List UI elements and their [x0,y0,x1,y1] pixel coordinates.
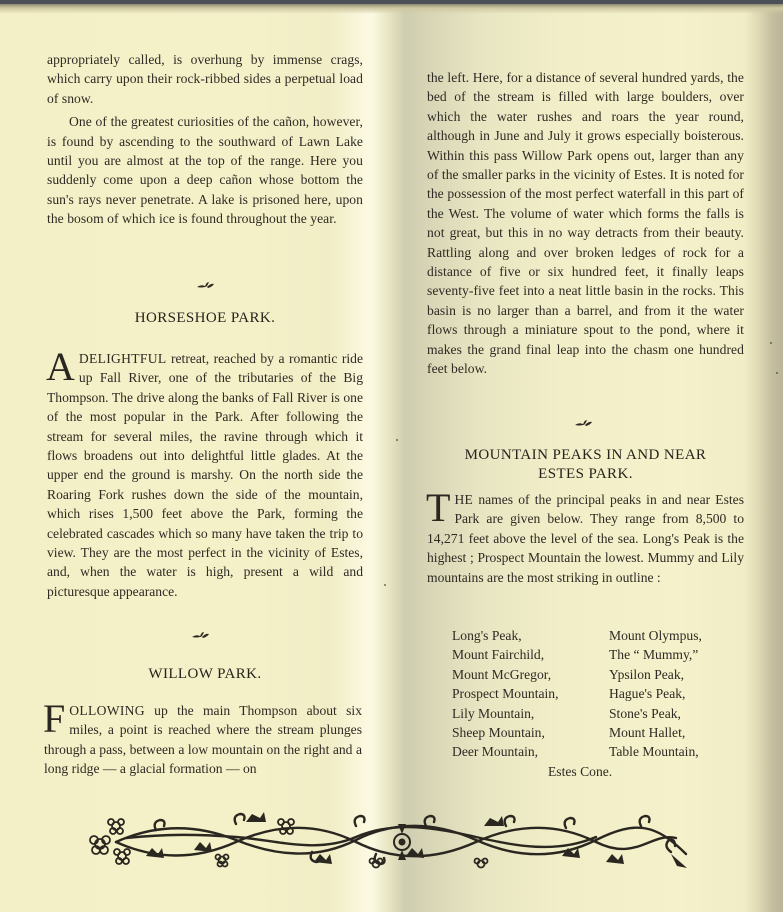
willow-park-title: WILLOW PARK. [47,665,363,684]
canon-paragraph: One of the greatest curiosities of the c… [47,112,363,228]
left-page: appropriately called, is overhung by imm… [0,4,390,912]
left-continuation-paragraph: appropriately called, is overhung by imm… [47,50,363,108]
right-continuation-block: the left. Here, for a distance of severa… [427,68,744,379]
peak-item: The “ Mummy,” [609,645,702,664]
horseshoe-park-paragraph: ADELIGHTFUL retreat, reached by a romant… [47,349,363,601]
lead-word: HE [454,492,473,507]
peak-item: Lily Mountain, [452,704,558,723]
mountain-peaks-paragraph: THE names of the principal peaks in and … [427,490,744,587]
paper-speck [384,584,386,586]
paper-speck [770,342,772,344]
leaf-fleuron-icon [196,280,216,290]
left-continuation-block: appropriately called, is overhung by imm… [47,50,363,229]
peak-item: Sheep Mountain, [452,723,558,742]
willow-park-paragraph: FOLLOWING up the main Thompson about six… [44,701,362,779]
dropcap-letter: T [426,492,450,524]
peak-item: Prospect Mountain, [452,684,558,703]
peak-item: Stone's Peak, [609,704,702,723]
leaf-fleuron-icon [191,630,211,640]
lead-word: OLLOWING [69,703,145,718]
peak-item: Mount McGregor, [452,665,558,684]
mountain-peaks-title: MOUNTAIN PEAKS IN AND NEAR ESTES PARK. [427,446,744,484]
right-continuation-paragraph: the left. Here, for a distance of severa… [427,68,744,379]
peaks-column-b: Mount Olympus, The “ Mummy,” Ypsilon Pea… [609,626,702,762]
peak-item: Mount Hallet, [609,723,702,742]
peak-item-final: Estes Cone. [548,762,612,781]
peak-item: Long's Peak, [452,626,558,645]
peak-item: Table Mountain, [609,742,702,761]
peak-item: Hague's Peak, [609,684,702,703]
peak-item: Ypsilon Peak, [609,665,702,684]
lead-word: DELIGHTFUL [79,351,167,366]
dropcap-letter: F [43,703,65,735]
leaf-fleuron-icon [574,418,594,428]
peak-item: Mount Olympus, [609,626,702,645]
floral-vine-border-icon [86,804,696,874]
peak-item: Mount Fairchild, [452,645,558,664]
paragraph-body: retreat, reached by a romantic ride up F… [47,351,363,599]
dropcap-letter: A [46,351,75,383]
horseshoe-park-title: HORSESHOE PARK. [47,309,363,328]
paragraph-body: names of the principal peaks in and near… [427,492,744,585]
title-line-1: MOUNTAIN PEAKS IN AND NEAR [427,446,744,465]
title-line-2: ESTES PARK. [427,465,744,484]
right-page: the left. Here, for a distance of severa… [390,4,783,912]
book-spread: appropriately called, is overhung by imm… [0,4,783,912]
paper-speck [396,439,398,441]
paper-speck [776,372,778,374]
peaks-column-a: Long's Peak, Mount Fairchild, Mount McGr… [452,626,558,762]
peak-item: Deer Mountain, [452,742,558,761]
